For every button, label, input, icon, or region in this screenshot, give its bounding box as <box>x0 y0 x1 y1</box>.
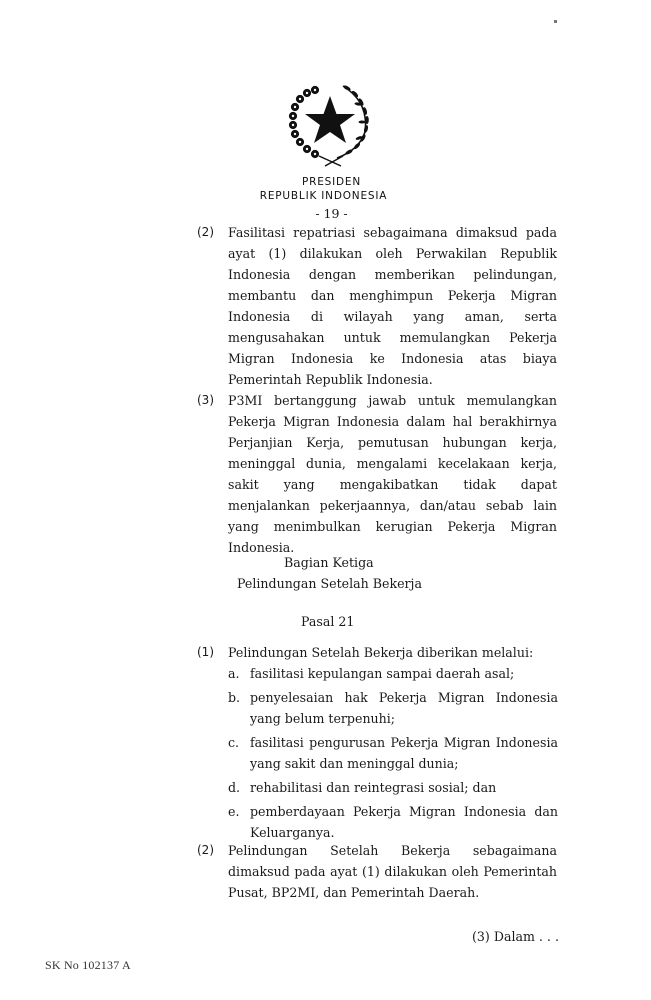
article-title: Pasal 21 <box>301 614 354 629</box>
paragraph-number: (1) <box>197 642 214 663</box>
item-label: a. <box>228 663 240 684</box>
item-label: b. <box>228 687 240 708</box>
article21-paragraph-2: (2) Pelindungan Setelah Bekerja sebagaim… <box>197 840 557 903</box>
continuation-marker: (3) Dalam . . . <box>472 929 559 944</box>
item-label: e. <box>228 801 239 822</box>
paragraph-number: (2) <box>197 840 214 861</box>
garuda-star-emblem-icon <box>285 82 375 168</box>
list-item-c: c. fasilitasi pengurusan Pekerja Migran … <box>228 732 558 774</box>
paragraph-text: P3MI bertanggung jawab untuk memulangkan… <box>228 390 557 558</box>
item-text: penyelesaian hak Pekerja Migran Indonesi… <box>250 687 558 729</box>
document-code: SK No 102137 A <box>45 958 131 973</box>
list-item-b: b. penyelesaian hak Pekerja Migran Indon… <box>228 687 558 729</box>
item-text: pemberdayaan Pekerja Migran Indonesia da… <box>250 801 558 843</box>
item-text: fasilitasi kepulangan sampai daerah asal… <box>250 663 558 684</box>
scan-speck <box>554 20 557 23</box>
section-subtitle: Pelindungan Setelah Bekerja <box>237 576 422 591</box>
paragraph-intro: Pelindungan Setelah Bekerja diberikan me… <box>228 642 557 663</box>
page-number: - 19 - <box>6 206 651 221</box>
paragraph-3-p3mi-responsibility: (3) P3MI bertanggung jawab untuk memulan… <box>197 390 557 558</box>
article21-paragraph-1: (1) Pelindungan Setelah Bekerja diberika… <box>197 642 557 663</box>
paragraph-text: Fasilitasi repatriasi sebagaimana dimaks… <box>228 222 557 390</box>
section-title: Bagian Ketiga <box>284 555 374 570</box>
item-label: d. <box>228 777 240 798</box>
header-presiden: PRESIDEN <box>6 176 651 188</box>
header-republik-indonesia: REPUBLIK INDONESIA <box>0 190 649 202</box>
paragraph-number: (3) <box>197 390 214 411</box>
item-label: c. <box>228 732 239 753</box>
paragraph-number: (2) <box>197 222 214 243</box>
item-text: rehabilitasi dan reintegrasi sosial; dan <box>250 777 558 798</box>
article21-item-list: a. fasilitasi kepulangan sampai daerah a… <box>228 663 558 843</box>
item-text: fasilitasi pengurusan Pekerja Migran Ind… <box>250 732 558 774</box>
list-item-d: d. rehabilitasi dan reintegrasi sosial; … <box>228 777 558 798</box>
paragraph-2-repatriation: (2) Fasilitasi repatriasi sebagaimana di… <box>197 222 557 390</box>
list-item-e: e. pemberdayaan Pekerja Migran Indonesia… <box>228 801 558 843</box>
paragraph-text: Pelindungan Setelah Bekerja sebagaimana … <box>228 840 557 903</box>
list-item-a: a. fasilitasi kepulangan sampai daerah a… <box>228 663 558 684</box>
